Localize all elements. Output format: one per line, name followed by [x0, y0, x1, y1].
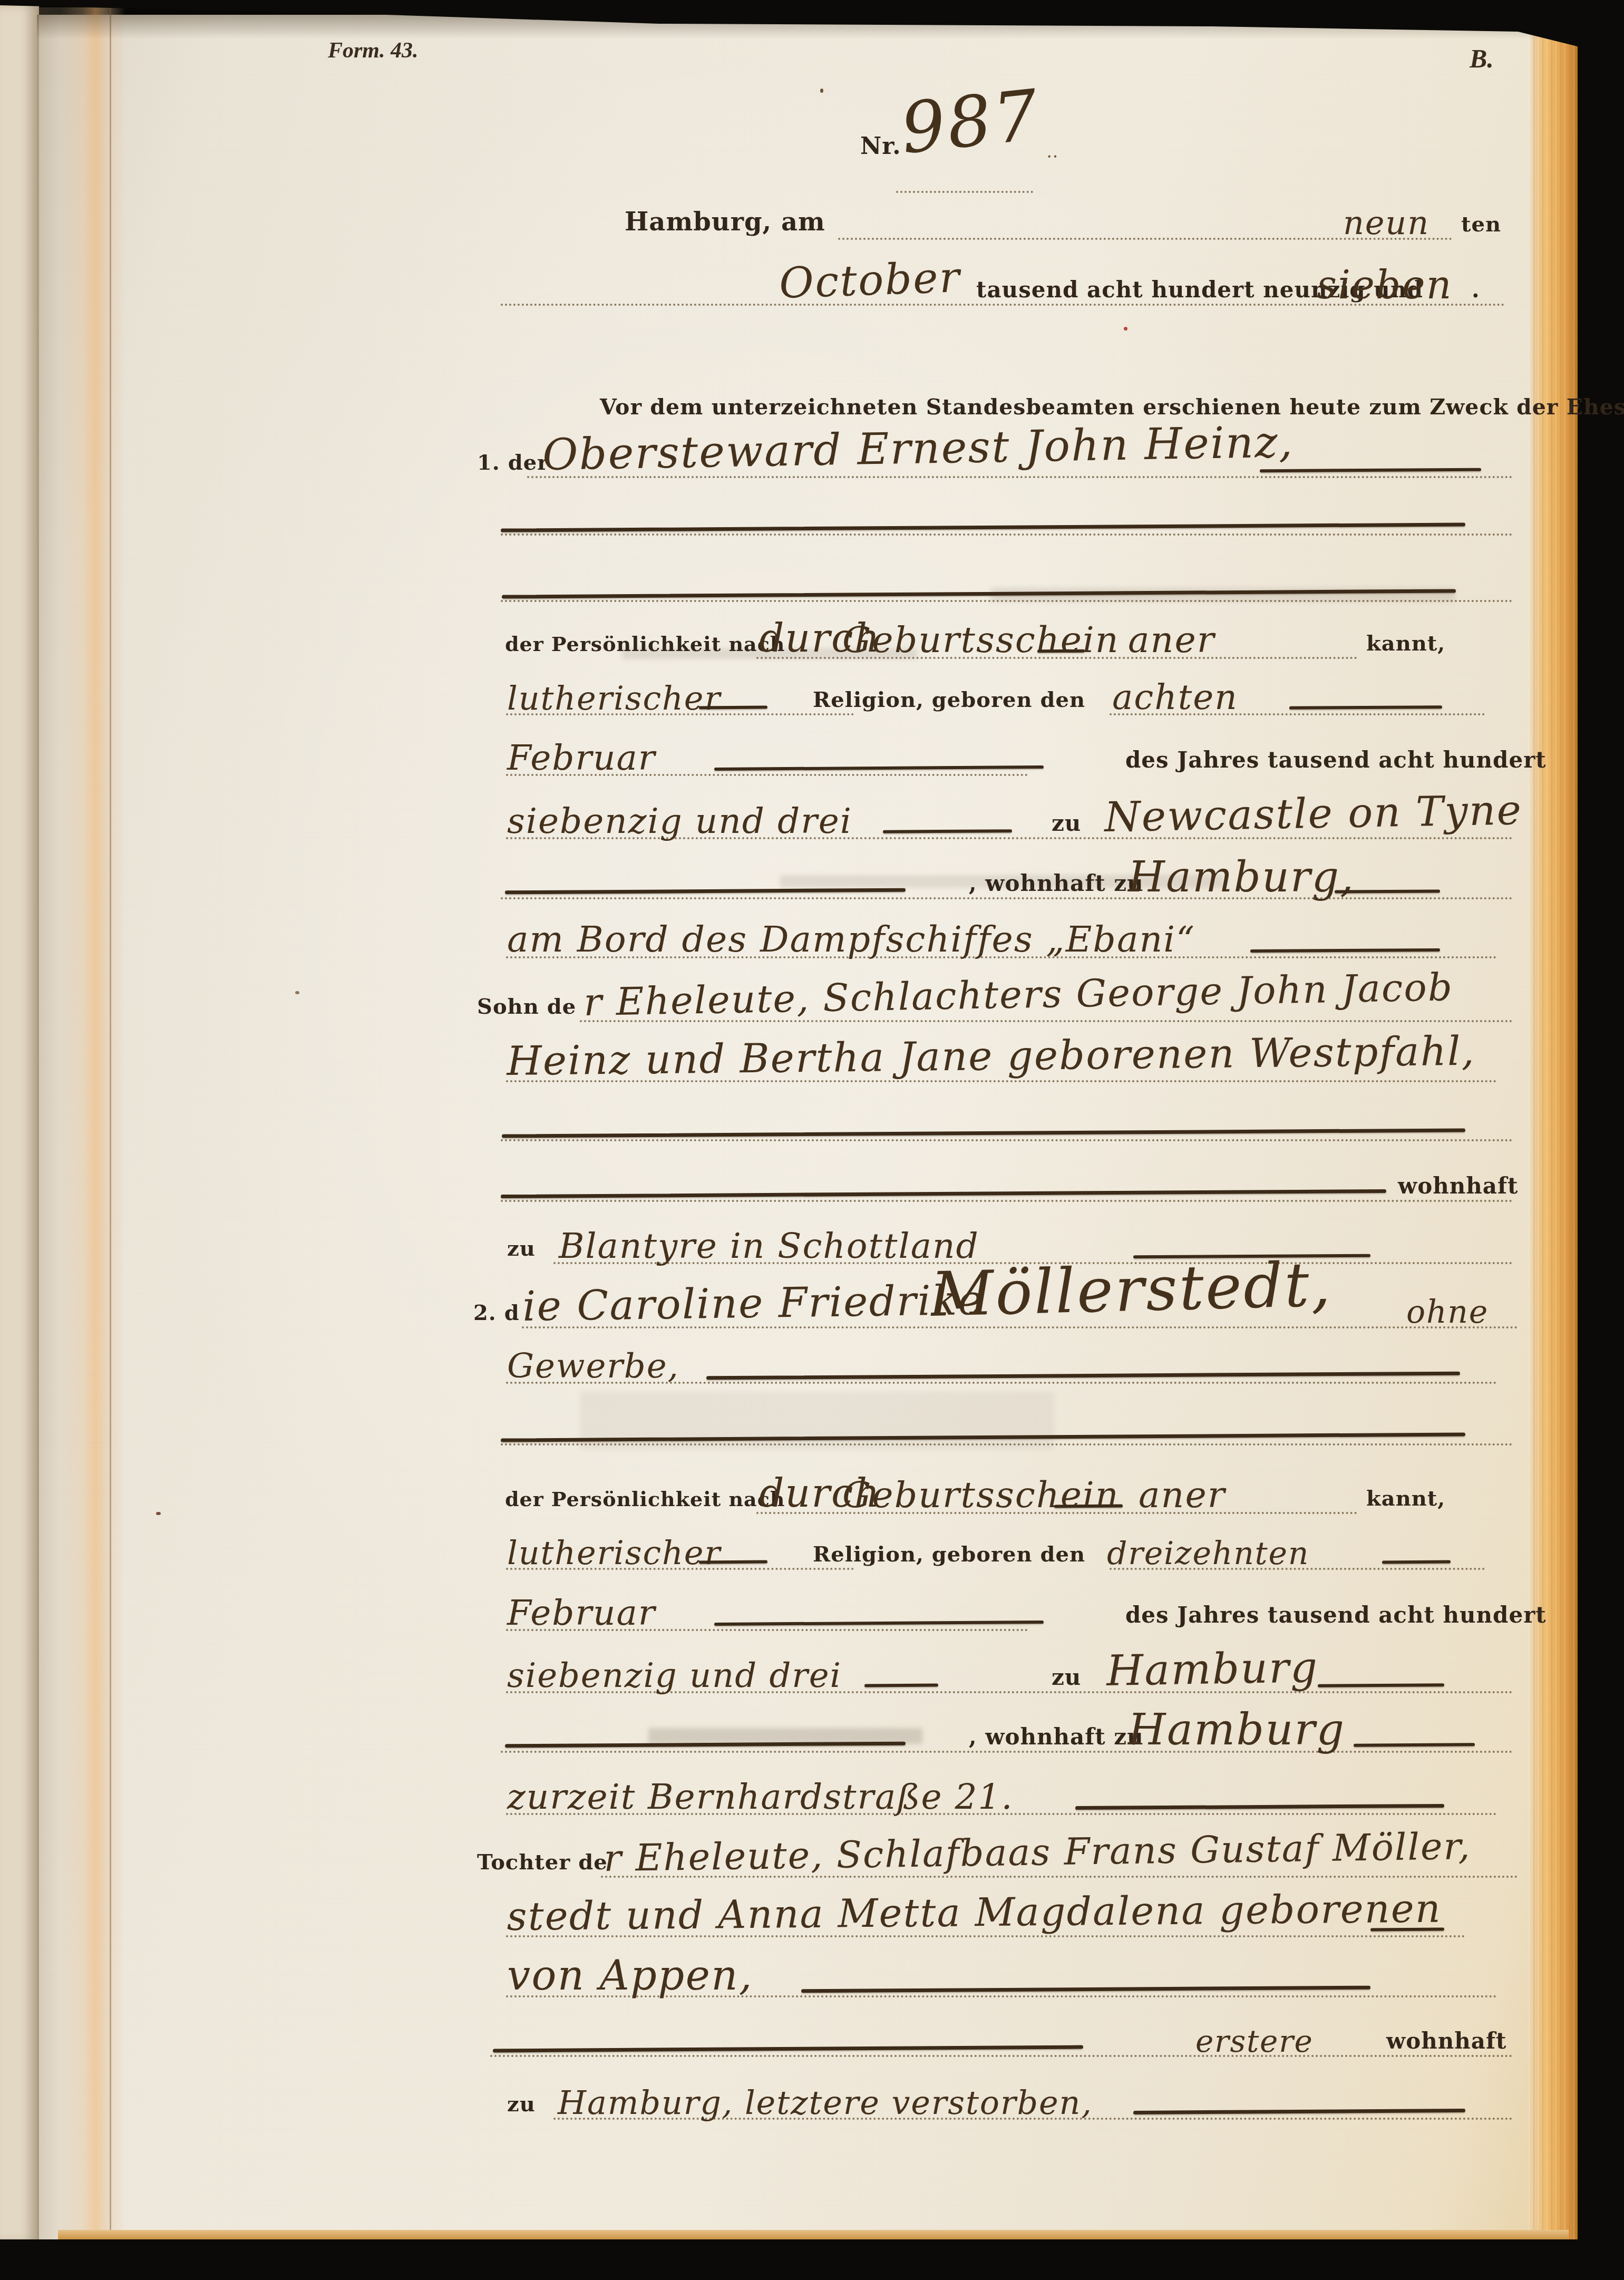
printed-text-labels-at: zu	[507, 2092, 536, 2117]
form-number: Form. 43.	[328, 38, 419, 63]
page-letter: B.	[1470, 43, 1494, 74]
form-line-blank-4	[0, 1366, 1624, 1445]
form-line-bride-status2: zuHamburg, letztere verstorben,	[0, 2041, 1624, 2120]
printed-text-date-period: .	[1472, 277, 1480, 303]
ink-speck	[1124, 327, 1127, 331]
handwritten-text-bride-parents_status_2: Hamburg, letztere verstorben,	[558, 2083, 1093, 2122]
pen-stroke-fill	[1133, 2109, 1465, 2114]
form-line-date-year: Octobertausend acht hundert neunzig unds…	[0, 227, 1624, 306]
handwritten-text-date-year_unit: sieben	[1317, 263, 1453, 308]
scanner-background-bottom	[0, 2239, 1624, 2280]
ink-speck	[820, 89, 823, 93]
record-number: 987	[897, 74, 1044, 170]
page-bottom-edge	[58, 2230, 1569, 2240]
record-number-label: Nr.	[860, 133, 901, 160]
ink-dots: ‥	[1046, 141, 1062, 162]
handwritten-text-date-month: October	[779, 253, 961, 308]
registry-page-scan: Form. 43. B. Nr. 987 ‥ Vor dem unterzeic…	[0, 0, 1624, 2280]
